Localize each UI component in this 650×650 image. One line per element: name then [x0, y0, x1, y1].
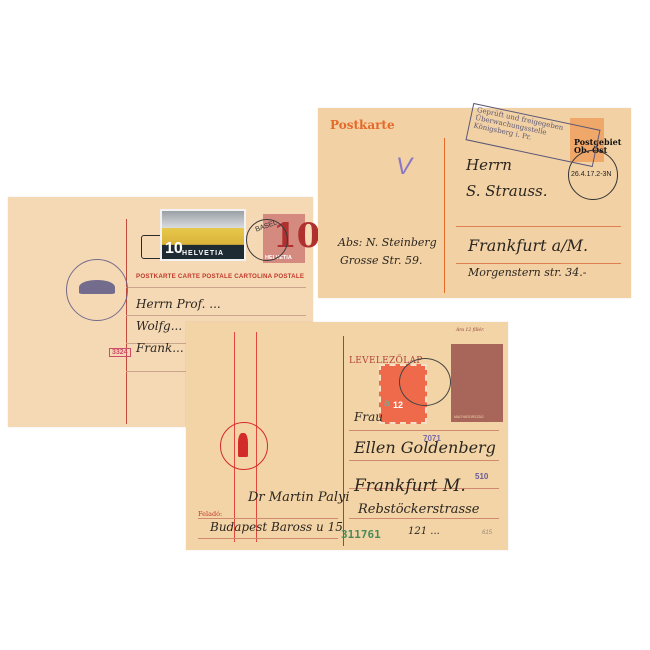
sender-line — [198, 538, 338, 539]
indicium-country: MAGYARORSZÁG — [454, 415, 484, 419]
check-mark: V — [396, 153, 412, 181]
address-line — [349, 518, 499, 519]
sender-line-1: Dr Martin Palyi — [248, 490, 350, 505]
card-header: Postkarte — [330, 118, 395, 132]
green-number: 311761 — [341, 528, 381, 541]
recipient-line-4: Morgenstern str. 34.- — [468, 266, 587, 279]
divider-line — [343, 336, 344, 546]
pencil-note: 615 — [482, 530, 492, 536]
postage-stamp: 10 HELVETIA — [160, 209, 246, 261]
sender-line-2: Grosse Str. 59. — [340, 254, 422, 267]
recipient-line-5: 121 ... — [408, 526, 440, 537]
sender-label: Feladó: — [198, 510, 222, 518]
recipient-line-3: Frankfurt a/M. — [468, 236, 588, 255]
sender-line-2: Budapest Baross u 15 — [210, 520, 343, 534]
price-note: Ára 12 fillér. — [456, 328, 484, 333]
address-line — [456, 263, 621, 264]
divider-line — [444, 138, 445, 293]
censor-stamp — [220, 422, 268, 470]
recipient-line-4: Rebstöckerstrasse — [358, 502, 480, 517]
censor-number: 3324 — [109, 348, 131, 357]
recipient-line-3: Frankfurt M. — [354, 476, 466, 496]
address-line-1: Herrn Prof. ... — [136, 297, 221, 311]
address-line — [349, 460, 499, 461]
sender-line — [198, 518, 338, 519]
printed-indicium: MAGYARORSZÁG — [451, 344, 503, 422]
address-line — [126, 287, 306, 288]
stamp-value: 10 — [165, 240, 183, 258]
stamp-country: HELVETIA — [182, 250, 224, 257]
recipient-line-1: Herrn — [466, 156, 512, 174]
address-line-3: Frank... — [136, 341, 184, 355]
recipient-line-2: Ellen Goldenberg — [354, 438, 496, 457]
eagle-icon — [79, 280, 115, 294]
postmark: BASEL — [246, 219, 288, 261]
postmark-city: BASEL — [254, 219, 278, 233]
address-line — [456, 226, 621, 227]
postmark — [399, 358, 451, 406]
recipient-line-1: Frau — [354, 410, 383, 424]
address-line — [349, 430, 499, 431]
recipient-line-2: S. Strauss. — [466, 182, 548, 200]
censor-stamp — [66, 259, 128, 321]
divider-line — [126, 219, 127, 424]
postcard-hungary: Ára 12 fillér. LEVELEZŐLAP MAGYARORSZÁG … — [186, 322, 508, 550]
postcard-german: Postkarte Postgebiet Ob. Ost 26.4.17.2-3… — [318, 108, 631, 298]
postmark-date: 26.4.17.2-3N — [571, 171, 611, 178]
sender-line-1: Abs: N. Steinberg — [338, 236, 437, 249]
number-510: 510 — [475, 472, 488, 481]
address-line-2: Wolfg... — [136, 319, 182, 333]
card-header: POSTKARTE CARTE POSTALE CARTOLINA POSTAL… — [136, 273, 304, 280]
address-line — [126, 315, 306, 316]
green-mark: a — [384, 398, 390, 409]
eagle-icon — [238, 433, 248, 457]
stamp-value: 12 — [393, 400, 403, 410]
